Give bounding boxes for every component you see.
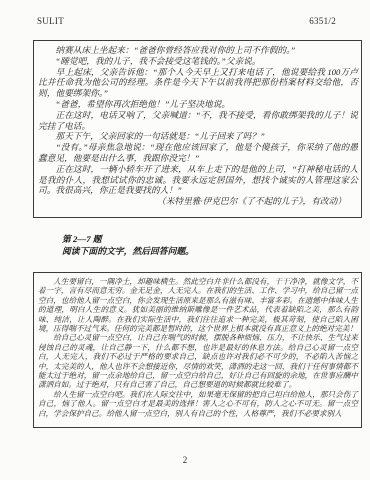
instruction-text: 阅读下面的文字，然后回答问题。 (62, 246, 336, 258)
passage-1-box: 纳赛从床上坐起来：“爸爸你曾经答应我对你的上司不作假的。” “睡觉吧，我的儿子，… (33, 40, 362, 218)
passage-paragraph: 那天下午，父亲回家的一句话就是：“儿子回来了吗？” (38, 131, 358, 142)
passage-2-text: 人生要留白，一隅净土，却趣味横生。然此空白并非什么都没有，干干净净，就像文学，不… (38, 277, 358, 418)
passage-paragraph: 给自己心灵留一点空白，让自己在喘气的时候，摆脱各种烦恼、压力，不让快乐、生气过来… (38, 333, 358, 389)
passage-paragraph: 纳赛从床上坐起来：“爸爸你曾经答应我对你的上司不作假的。” (38, 45, 358, 56)
passage-paragraph: “爸爸，希望你再次拒绝他！”儿子坚决地说。 (38, 99, 358, 110)
passage-2-box: 人生要留白，一隅净土，却趣味横生。然此空白并非什么都没有，干干净净，就像文学，不… (33, 272, 362, 428)
passage-paragraph: “没有。”母亲焦急地说：“现在他应该回家了，他是个傻孩子，你采纳了他的愚蠢意见，… (38, 142, 358, 164)
passage-paragraph: 给人生留一点空白吧。我们在人际交往中，如果毫无保留的把自己坦白给他人，那只会伤了… (38, 390, 358, 418)
passage-paragraph: 正在这时，电话又响了，父亲喊道：“不，我不接受，看你敢绑架我的儿子！说完挂了电话… (38, 110, 358, 132)
passage-paragraph: 早上起床，父亲告诉他：“那个人今天早上又打来电话了，他说要给我 100万卢比并任… (38, 67, 358, 99)
page-number: 2 (0, 455, 370, 465)
header-paper-code: 6351/2 (309, 16, 336, 26)
passage-paragraph: 正在这时，一辆小轿车开了进来，从车上走下的是他的上司，“打神秘电话的人是我的仆人… (38, 164, 358, 196)
header-sulit-label: SULIT (37, 16, 64, 26)
exam-page: SULIT 6351/2 纳赛从床上坐起来：“爸爸你曾经答应我对你的上司不作假的… (0, 0, 370, 480)
passage-paragraph: 人生要留白，一隅净土，却趣味横生。然此空白并非什么都没有，干干净净，就像文学，不… (38, 277, 358, 333)
page-header: SULIT 6351/2 (37, 16, 336, 26)
question-range-title: 第 2—7 题 (62, 234, 336, 246)
section-heading: 第 2—7 题 阅读下面的文字，然后回答问题。 (62, 234, 336, 257)
passage-1-text: 纳赛从床上坐起来：“爸爸你曾经答应我对你的上司不作假的。” “睡觉吧，我的儿子，… (38, 45, 358, 196)
passage-paragraph: “睡觉吧，我的儿子，我不会接受这笔钱的。”父亲说。 (38, 56, 358, 67)
passage-1-attribution: （米特里雅·伊克巴尔《了不起的儿子》，有改动） (38, 196, 358, 207)
